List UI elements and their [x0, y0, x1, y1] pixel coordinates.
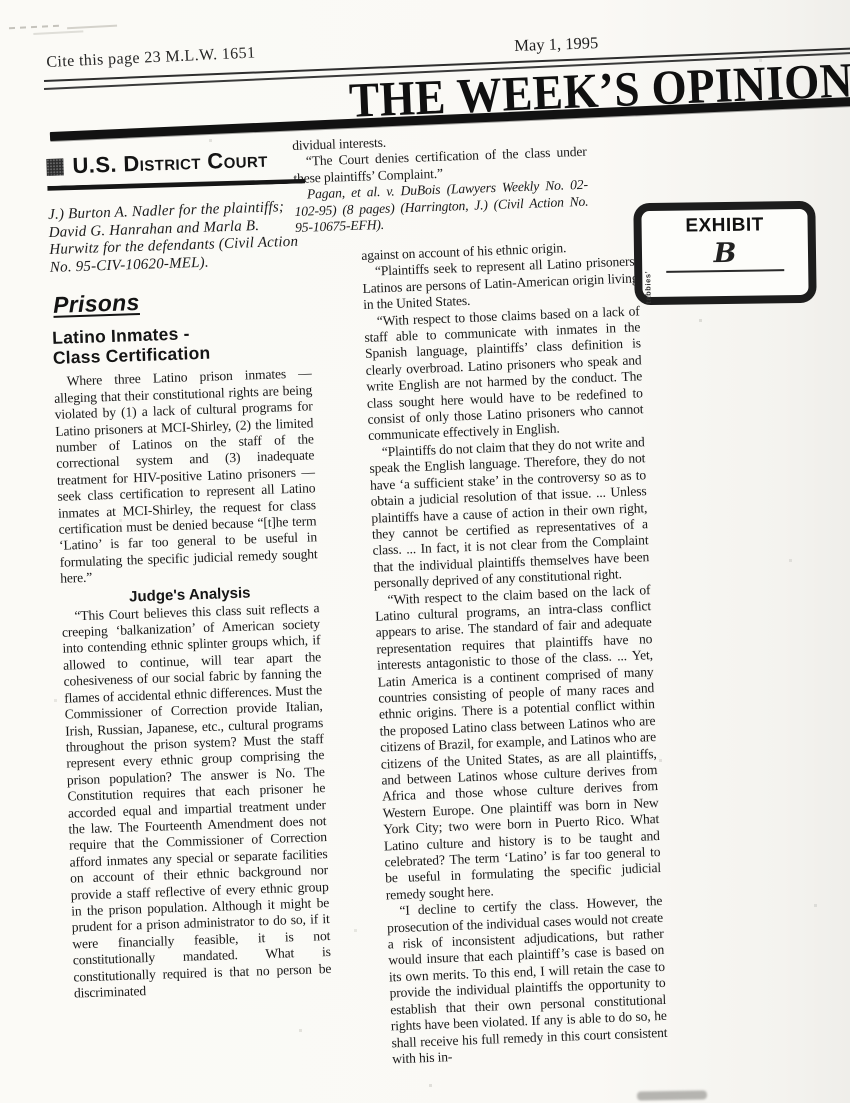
body-paragraph-6: “I decline to certify the class. However… — [386, 893, 668, 1068]
left-column: U.S. District Court J.) Burton A. Nadler… — [46, 141, 332, 1001]
date-line: May 1, 1995 — [514, 33, 599, 56]
topic-heading: Prisons — [53, 284, 310, 319]
stippled-square-icon — [46, 158, 64, 176]
scan-noise — [0, 0, 1, 1]
scanned-page: Cite this page 23 M.L.W. 1651 May 1, 199… — [0, 0, 850, 1103]
attribution-paragraph: J.) Burton A. Nadler for the plaintiffs;… — [48, 198, 308, 277]
section-header: U.S. District Court — [46, 145, 305, 180]
sticker-brand-label: tabbies’ — [643, 271, 652, 304]
body-paragraph-4: “Plaintiffs do not claim that they do no… — [369, 434, 650, 592]
exhibit-underline — [666, 269, 784, 273]
exhibit-sticker: tabbies’ EXHIBIT B — [633, 201, 816, 306]
body-paragraph-3: “With respect to those claims based on a… — [364, 303, 645, 445]
scan-smudge — [637, 1090, 707, 1100]
case-citation: Pagan, et al. v. DuBois (Lawyers Weekly … — [294, 177, 590, 236]
case-subheading: Latino Inmates - Class Certification — [52, 320, 311, 369]
body-paragraph-5: “With respect to the claim based on the … — [374, 582, 662, 904]
section-header-title: U.S. District Court — [72, 147, 268, 179]
section-header-rule — [47, 177, 305, 192]
pencil-scribble — [9, 25, 59, 30]
middle-top-block: dividual interests. “The Court denies ce… — [292, 128, 589, 237]
main-column: against on account of his ethnic origin.… — [361, 237, 668, 1067]
analysis-paragraph: “This Court believes this class suit ref… — [61, 600, 332, 1002]
exhibit-label: EXHIBIT — [641, 214, 807, 238]
cite-line: Cite this page 23 M.L.W. 1651 — [46, 45, 256, 72]
exhibit-sticker-frame: tabbies’ EXHIBIT B — [633, 201, 816, 306]
exhibit-handwritten-value: B — [642, 237, 808, 270]
summary-paragraph: Where three Latino prison inmates — alle… — [53, 366, 318, 588]
